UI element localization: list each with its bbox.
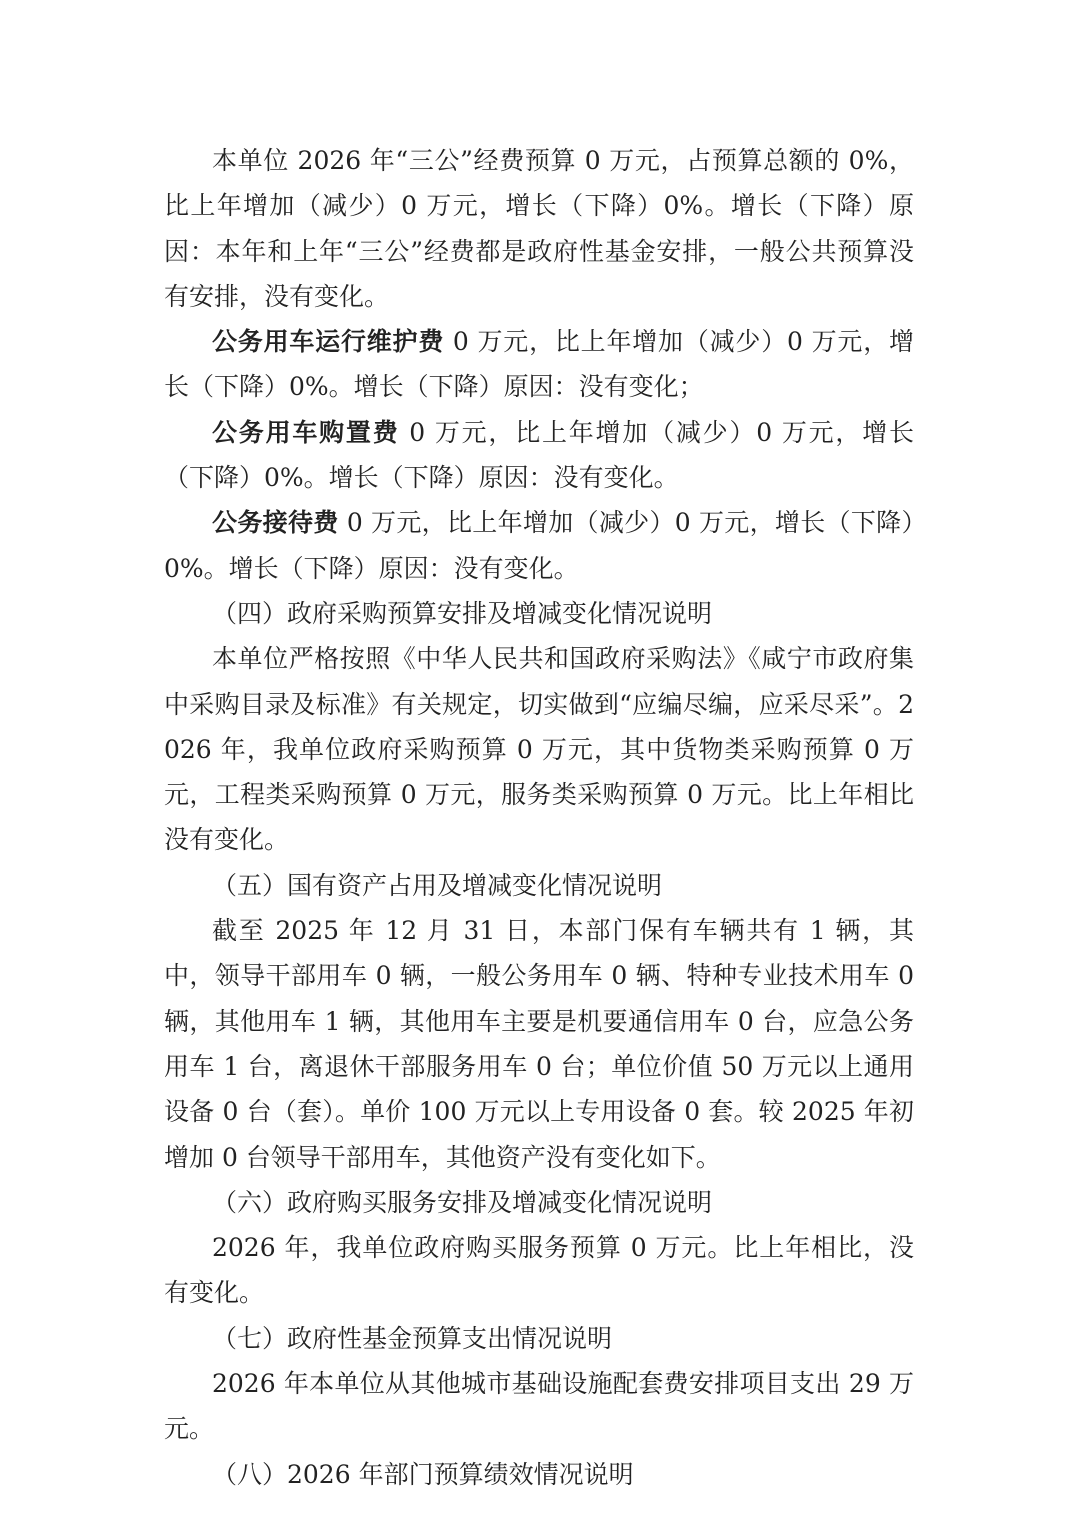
document-page: 本单位 2026 年“三公”经费预算 0 万元，占预算总额的 0%，比上年增加（…: [164, 138, 914, 1497]
paragraph-sangong-summary: 本单位 2026 年“三公”经费预算 0 万元，占预算总额的 0%，比上年增加（…: [164, 138, 914, 319]
heading-section-4: （四）政府采购预算安排及增减变化情况说明: [164, 591, 914, 636]
paragraph-services: 2026 年，我单位政府购买服务预算 0 万元。比上年相比，没有变化。: [164, 1225, 914, 1316]
heading-section-5: （五）国有资产占用及增减变化情况说明: [164, 863, 914, 908]
bold-term: 公务用车运行维护费: [212, 327, 444, 356]
heading-section-7: （七）政府性基金预算支出情况说明: [164, 1316, 914, 1361]
bold-term: 公务接待费: [212, 508, 339, 537]
heading-section-6: （六）政府购买服务安排及增减变化情况说明: [164, 1180, 914, 1225]
paragraph-procurement: 本单位严格按照《中华人民共和国政府采购法》《咸宁市政府集中采购目录及标准》有关规…: [164, 636, 914, 862]
paragraph-assets: 截至 2025 年 12 月 31 日，本部门保有车辆共有 1 辆，其中，领导干…: [164, 908, 914, 1180]
paragraph-reception: 公务接待费 0 万元，比上年增加（减少）0 万元，增长（下降）0%。增长（下降）…: [164, 500, 914, 591]
bold-term: 公务用车购置费: [212, 418, 399, 447]
paragraph-fund: 2026 年本单位从其他城市基础设施配套费安排项目支出 29 万元。: [164, 1361, 914, 1452]
heading-section-8: （八）2026 年部门预算绩效情况说明: [164, 1452, 914, 1497]
paragraph-vehicle-purchase: 公务用车购置费 0 万元，比上年增加（减少）0 万元，增长（下降）0%。增长（下…: [164, 410, 914, 501]
paragraph-vehicle-maintenance: 公务用车运行维护费 0 万元，比上年增加（减少）0 万元，增长（下降）0%。增长…: [164, 319, 914, 410]
